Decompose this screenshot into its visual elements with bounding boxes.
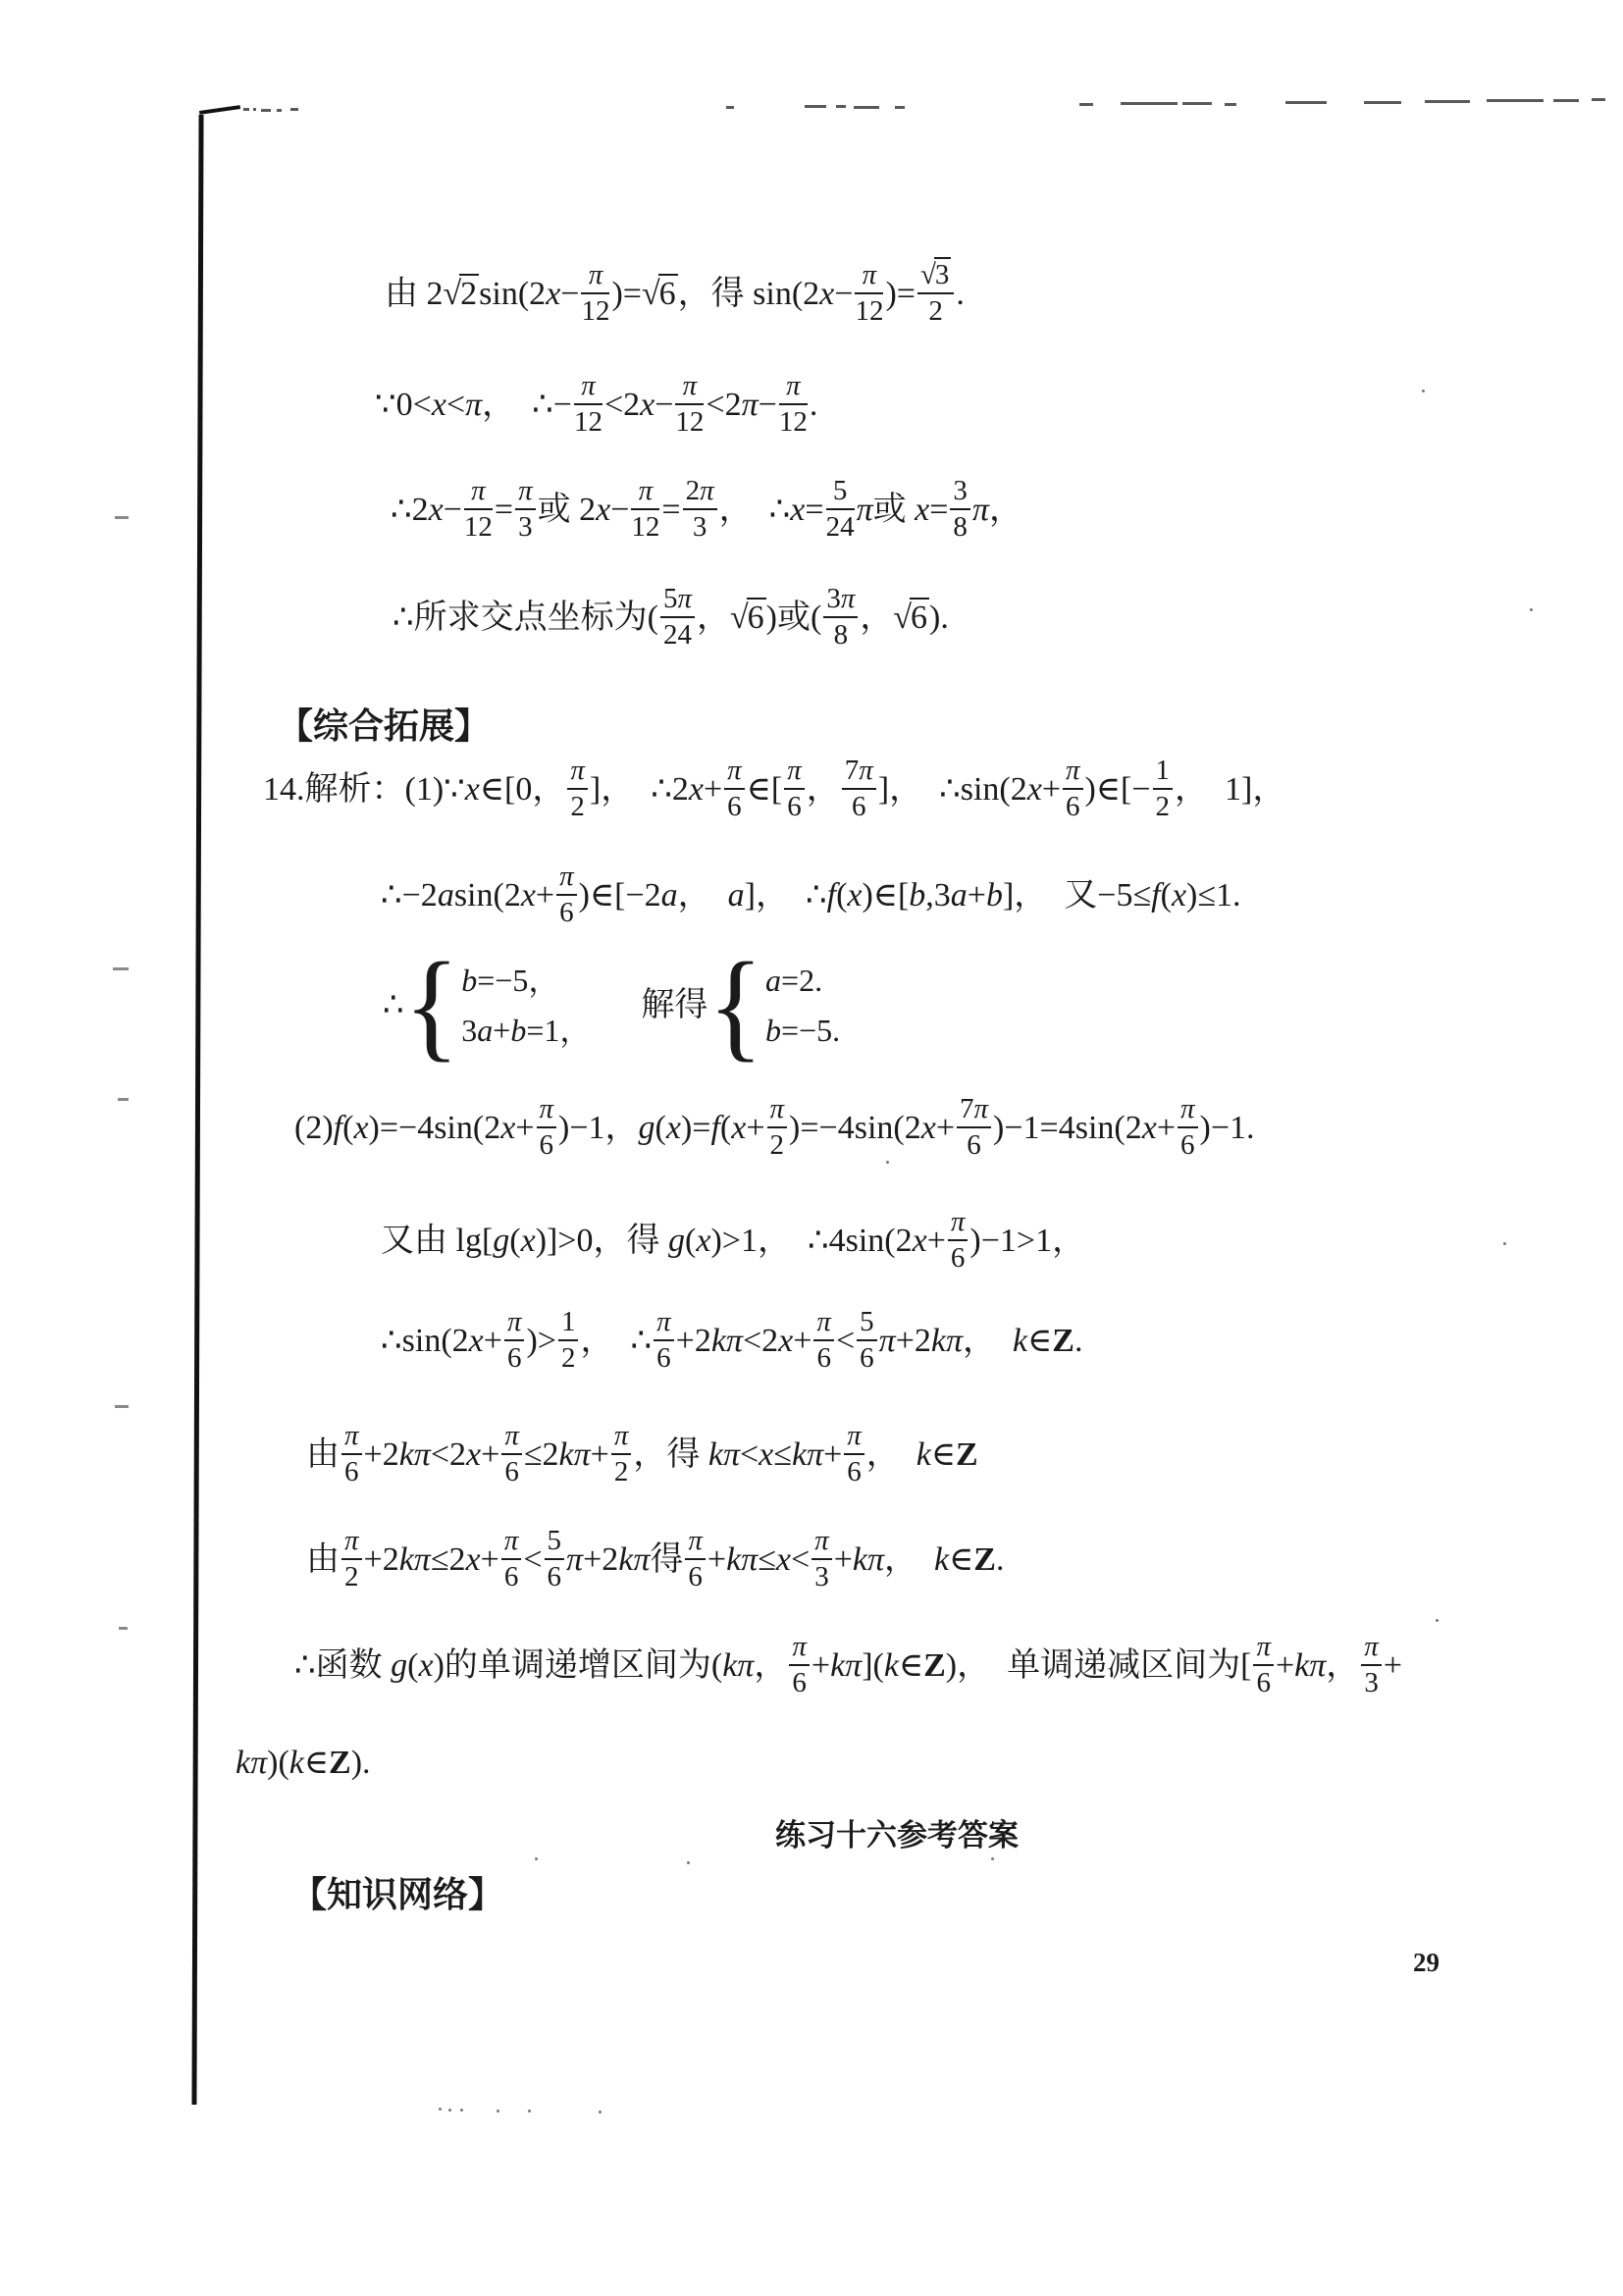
math-variable: π [1256,1631,1271,1662]
fraction: π6 [724,757,745,822]
fraction: 524 [826,477,855,543]
math-variable: π [814,1525,829,1556]
math-variable: a [765,963,781,998]
math-variable: π [581,370,596,401]
math-variable: x [465,771,480,808]
math-text: )−1， [558,1110,639,1146]
scan-dash [1121,102,1178,105]
math-text: + [1384,1647,1402,1684]
math-text: 12 [631,511,659,543]
math-variable: x [913,1223,927,1259]
math-text: ∈ [304,1745,329,1781]
math-text: ，得 [633,1436,708,1473]
math-function: sin [434,1110,473,1146]
math-text: + [707,1541,726,1578]
math-variable: π [879,1323,896,1359]
math-text: ( [655,1110,666,1146]
math-variable: π [589,259,603,290]
scan-dash [1182,102,1212,105]
math-text: (2) [294,1110,334,1146]
fraction: π12 [464,477,493,543]
math-text: )]>0，得 [536,1223,668,1259]
fraction: 56 [857,1308,877,1374]
math-text: (2 [494,877,521,913]
fraction-numerator: π [675,372,704,406]
math-text: + [1276,1647,1294,1684]
math-variable: π [742,387,759,423]
math-text: (2 [1114,1110,1141,1146]
math-text: 12 [574,406,602,438]
math-text: 2 [1156,791,1171,822]
fraction-numerator: π [556,862,577,897]
fraction-denominator: 12 [631,510,659,543]
math-variable: π [504,1420,519,1451]
math-text: )−1. [1200,1110,1255,1146]
math-text: ， ∴ [580,1323,652,1359]
math-variable: x [666,1110,681,1146]
math-text: < [740,1436,759,1473]
scan-tick [118,1098,129,1101]
fraction: π12 [631,477,659,543]
math-text: < [446,387,465,423]
fraction-numerator: 7π [957,1095,991,1129]
math-variable: k [884,1647,899,1684]
math-text: − [560,276,579,312]
math-text: 3 [518,511,533,543]
math-variable: f [827,877,836,913]
fraction: 56 [545,1527,565,1592]
math-text: ∴函数 [294,1647,391,1684]
math-text: 或 2 [538,492,597,528]
fraction: √32 [917,261,954,327]
math-variable: kπ [708,1436,740,1473]
fraction-numerator: π [631,477,659,511]
fraction-numerator: 5π [660,585,695,619]
math-text: ≤ [758,1541,776,1578]
fraction-numerator: π [811,1527,832,1561]
scan-dot [528,2110,531,2113]
math-text: 14.解析：(1)∵ [263,771,465,808]
math-text: − [610,492,629,528]
fraction-denominator: 6 [537,1128,557,1161]
math-text: 6 [540,1129,554,1161]
radical: √6 [730,600,766,636]
fraction-denominator: 6 [857,1341,877,1374]
fraction-numerator: 5 [545,1527,565,1561]
fraction-numerator: 1 [1153,757,1174,791]
fraction-numerator: 3π [823,585,858,619]
math-text: 5 [833,475,848,506]
math-text: ∈ [949,1541,973,1578]
math-text: 解得 [591,987,707,1023]
fraction-denominator: 2 [567,790,588,822]
math-text: ( [342,1110,353,1146]
fraction: π2 [611,1422,632,1487]
fraction: 7π6 [842,757,876,822]
math-text: + [481,1541,499,1578]
fraction-numerator: π [341,1527,362,1561]
math-variable: kπ [711,1323,743,1359]
fraction-numerator: 5 [826,477,855,511]
math-function: sin [1075,1110,1115,1146]
fraction-numerator: π [501,1527,522,1561]
scan-tick [115,1405,129,1408]
math-text: ∵0< [375,387,432,423]
fraction-denominator: 6 [957,1128,991,1161]
fraction-numerator: π [581,261,609,295]
math-variable: f [710,1110,719,1146]
scan-dot [1503,1242,1506,1245]
math-text: 得 [650,1541,683,1578]
math-text: 5 [860,1306,874,1337]
math-text: ∴所求交点坐标为( [393,600,658,636]
math-variable: x [418,1647,433,1684]
math-text: ， [1326,1647,1359,1684]
system-rows: a=2.b=−5. [765,964,840,1048]
math-function: sin [454,877,494,913]
answers-title: 练习十六参考答案 [775,1810,1019,1854]
math-variable: kπ [853,1541,884,1578]
scan-dash [1425,100,1470,103]
math-variable: b [765,1013,781,1048]
math-text: + [936,1110,955,1146]
scan-dash [805,105,826,108]
math-text: . [956,276,965,312]
radical: √2 [444,276,480,312]
fraction-numerator: π [464,477,493,511]
math-line-14: kπ)(k∈Z). [236,1709,371,1817]
math-variable: π [863,259,877,290]
math-text: 6 [792,1667,807,1698]
math-variable: π [683,370,698,401]
math-text: 6 [688,1561,703,1592]
fraction: π6 [813,1308,834,1374]
fraction-denominator: 2 [767,1128,788,1161]
fraction-numerator: 2π [683,477,717,511]
fraction: 5π24 [660,585,695,651]
fraction: 3π8 [823,585,858,651]
math-text: ∴−2 [381,877,438,913]
fraction-numerator: 5 [857,1308,877,1342]
math-text: )= [681,1110,711,1146]
math-text: ，得 [678,276,754,312]
system-row: b=−5. [765,1014,840,1048]
math-variable: π [1180,1093,1195,1124]
fraction: π3 [811,1527,832,1592]
math-text: + [484,1323,502,1359]
math-text: 由 2 [385,276,444,312]
math-text: − [759,387,777,423]
math-variable: kπ [1294,1647,1326,1684]
fraction: π6 [1253,1633,1274,1698]
math-variable: x [469,1323,484,1359]
math-line-2: ∵0<x<π， ∴−π12<2x−π12<2π−π12. [375,351,817,459]
math-text: =2. [781,963,822,998]
math-variable: kπ [792,1436,823,1473]
math-variable: π [816,1306,831,1337]
math-variable: π [465,387,482,423]
scan-tick [119,1627,128,1630]
fraction: π6 [556,862,577,928]
fraction-numerator: π [724,757,745,791]
fraction: π2 [341,1527,362,1592]
math-text: 6 [847,1456,862,1487]
math-text: ∈ [1027,1323,1052,1359]
math-variable: a [661,877,678,913]
math-text: 3 [693,511,707,543]
fraction-numerator: π [1253,1633,1274,1667]
fraction: π3 [515,477,536,543]
math-variable: x [1142,1110,1157,1146]
radical-sign: √ [730,600,749,636]
fraction-denominator: 3 [515,510,536,543]
fraction-numerator: π [844,1422,864,1456]
math-text: 或 [873,492,916,528]
fraction: π6 [1178,1095,1198,1161]
math-variable: a [951,877,968,913]
math-text: +2 [896,1323,931,1359]
fraction-numerator: π [654,1308,674,1342]
math-variable: π [688,1525,703,1556]
math-text: ≤ [773,1436,792,1473]
scan-edge-hook [199,105,240,115]
math-text: 1 [561,1306,576,1337]
fraction: 2π3 [683,477,717,543]
math-text: 12 [675,406,704,438]
math-line-11: 由π6+2kπ<2x+π6≤2kπ+π2，得 kπ<x≤kπ+π6， k∈Z [306,1401,978,1509]
math-text: . [996,1541,1005,1578]
math-text: + [746,1110,764,1146]
math-text: 6 [951,1242,966,1274]
math-text: )=−4 [789,1110,855,1146]
scan-dash [1079,103,1093,106]
math-text: 8 [953,511,968,543]
math-text: ]， ∴ [878,771,961,808]
math-variable: x [915,492,929,528]
math-text: 6 [860,1342,874,1374]
fraction-numerator: π [779,372,808,406]
math-function: sin [855,1110,894,1146]
math-text: +2 [364,1436,399,1473]
math-text: + [823,1436,842,1473]
math-text: (2 [884,1223,912,1259]
math-text: + [704,771,722,808]
math-variable: a [728,877,745,913]
scan-dash [1487,99,1544,102]
fraction-numerator: π [813,1308,834,1342]
math-text: 2 [570,791,585,822]
fraction-numerator: 3 [950,477,970,511]
math-text: 7 [960,1093,974,1124]
math-variable: π [656,1306,671,1337]
math-text: 2 [561,1342,576,1374]
fraction: 7π6 [957,1095,991,1161]
scan-dash [854,106,879,109]
fraction-denominator: 6 [654,1341,674,1374]
fraction-denominator: 2 [917,294,954,327]
math-variable: x [1027,771,1042,808]
math-variable: π [727,755,742,786]
math-text: )= [611,276,642,312]
math-variable: kπ [399,1436,431,1473]
scan-dot [1422,390,1425,392]
math-text: ≤2 [524,1436,559,1473]
math-text: + [1157,1110,1176,1146]
fraction: π6 [501,1422,522,1487]
math-text: < [523,1541,542,1578]
fraction-denominator: 24 [826,510,855,543]
math-text: 5 [663,583,678,614]
math-text: (2 [792,276,819,312]
fraction-denominator: 6 [948,1241,969,1274]
integer-set-symbol: Z [1052,1323,1074,1359]
math-text: 又由 [381,1223,456,1259]
math-text: 6 [656,1342,671,1374]
fraction-denominator: 3 [1361,1666,1382,1698]
math-text: + [834,1541,853,1578]
math-text: )> [526,1323,556,1359]
scan-dot [687,1861,690,1864]
system-row: b=−5， [461,964,559,998]
system-row: a=2. [765,964,822,998]
fraction-denominator: 2 [558,1341,579,1374]
math-variable: x [353,1110,368,1146]
radicand: 3 [934,257,952,290]
math-variable: x [429,492,444,528]
fraction: π6 [537,1095,557,1161]
scanned-page: 由 2√2sin(2x−π12)=√6，得 sin(2x−π12)=√32. ∵… [0,0,1623,2296]
math-text: = [929,492,948,528]
math-text: − [654,387,673,423]
fraction-denominator: 12 [675,405,704,438]
fraction-denominator: 6 [724,790,745,822]
math-text: )≤1. [1186,877,1240,913]
math-variable: π [841,583,856,614]
math-variable: π [951,1206,966,1237]
math-text: ∈[0， [480,771,566,808]
math-text: 8 [834,619,849,651]
math-variable: b [461,963,477,998]
math-variable: x [521,877,536,913]
scan-dot [448,2109,451,2112]
math-text: 2 [686,475,701,506]
math-text: − [834,276,853,312]
math-variable: g [639,1110,655,1146]
math-text: 6 [727,791,742,822]
math-variable: π [847,1420,862,1451]
math-text: ∴2 [391,492,429,528]
fraction-denominator: 6 [341,1455,362,1487]
math-text: ≤2 [431,1541,466,1578]
math-function: sin [846,1223,885,1259]
math-function: sin [961,771,1000,808]
math-text: ]， 又−5≤ [1003,877,1151,913]
scan-dash [253,108,256,111]
fraction-numerator: π [685,1527,706,1561]
fraction: π6 [504,1308,525,1374]
math-text: (2 [999,771,1026,808]
math-text: ， 1]， [1175,771,1285,808]
fraction-numerator: π [767,1095,788,1129]
math-text: 6 [1066,791,1080,822]
fraction: 12 [558,1308,579,1374]
math-variable: x [759,1436,773,1473]
integer-set-symbol: Z [973,1541,996,1578]
fraction-denominator: 6 [844,1455,864,1487]
math-text: +2 [583,1541,618,1578]
math-text: )= [885,276,916,312]
math-variable: π [344,1525,359,1556]
math-variable: kπ [830,1647,862,1684]
fraction-denominator: 3 [683,510,717,543]
equation-system: {b=−5，3a+b=1， [404,954,592,1058]
math-text: (2 [473,1110,500,1146]
math-variable: π [344,1420,359,1451]
math-variable: kπ [722,1647,754,1684]
math-text: 由 [306,1541,340,1578]
math-text: ∈ [931,1436,956,1473]
fraction: π2 [567,757,588,822]
fraction: π12 [574,372,602,438]
math-variable: π [792,1631,807,1662]
math-variable: k [1013,1323,1027,1359]
math-text: 2 [614,1456,629,1487]
fraction-denominator: 8 [950,510,970,543]
math-variable: g [668,1223,685,1259]
math-variable: x [776,1541,791,1578]
math-text: ]， ∴ [745,877,827,913]
math-variable: π [700,475,714,506]
math-variable: π [857,492,873,528]
math-variable: b [909,877,925,913]
radical: √3 [920,259,951,290]
math-text: − [444,492,462,528]
fraction-denominator: 6 [1063,790,1083,822]
math-variable: x [819,276,834,312]
math-variable: π [614,1420,629,1451]
math-text: 12 [779,406,808,438]
math-line-8: (2)f(x)=−4sin(2x+π6)−1，g(x)=f(x+π2)=−4si… [294,1074,1255,1182]
math-text: 3 [1364,1667,1379,1698]
scan-dash [836,105,846,108]
scan-dot [1436,1619,1439,1622]
fraction-numerator: π [611,1422,632,1456]
math-line-7: ∴{b=−5，3a+b=1， 解得{a=2.b=−5. [383,922,840,1089]
integer-set-symbol: Z [956,1436,978,1473]
math-variable: x [790,492,805,528]
math-text: <2 [431,1436,466,1473]
math-text: )>1， ∴4 [710,1223,845,1259]
math-text: ， [884,1541,934,1578]
scan-dot [460,2109,463,2112]
math-variable: f [334,1110,342,1146]
scan-dash [243,108,249,111]
math-variable: x [500,1110,515,1146]
math-text: ). [929,600,949,636]
math-variable: kπ [399,1541,431,1578]
math-variable: π [540,1093,554,1124]
fraction-denominator: 8 [823,618,858,651]
math-text: =−5. [781,1013,840,1048]
math-text: 3 [461,1013,477,1048]
math-variable: x [778,1323,793,1359]
math-text: + [811,1647,830,1684]
math-text: ， [807,771,840,808]
radical: √6 [642,276,678,312]
math-variable: x [689,771,704,808]
math-text: 24 [663,619,692,651]
integer-set-symbol: Z [923,1647,946,1684]
